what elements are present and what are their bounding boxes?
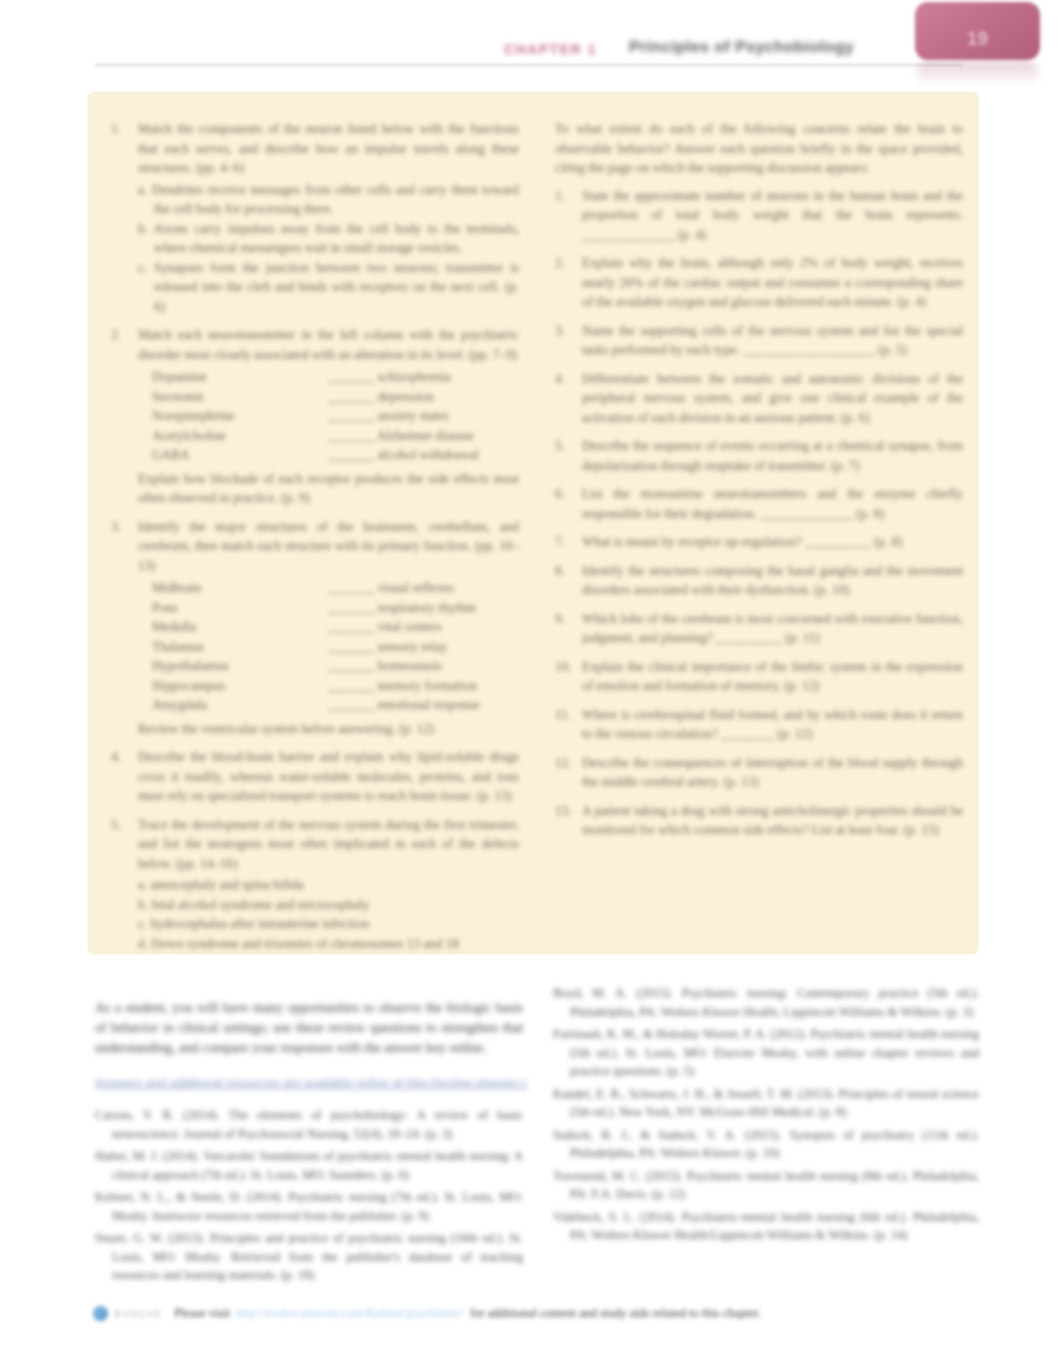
question-tail: Explain how blockade of each receptor pr…	[138, 469, 519, 508]
question-number: 1.	[111, 119, 138, 316]
question-text: Name the supporting cells of the nervous…	[582, 321, 963, 360]
question-subitems: a. anencephaly and spina bifida b. fetal…	[138, 875, 519, 954]
book-page: CHAPTER 1 Principles of Psychobiology 19…	[0, 0, 1062, 1362]
page-tab-reflection	[917, 61, 1038, 85]
match-blank: _______ alcohol withdrawal	[328, 445, 519, 465]
chapter-label: CHAPTER 1	[504, 41, 597, 57]
match-blank: _______ visual reflexes	[328, 578, 519, 598]
question-number: 4.	[555, 369, 582, 428]
question-number: 2.	[555, 253, 582, 312]
evolve-brand-label: evolve	[115, 1309, 162, 1319]
match-blank: _______ depression	[328, 387, 519, 407]
reference-entry: Videbeck, S. L. (2014). Psychiatric-ment…	[553, 1208, 979, 1245]
match-term: Medulla	[152, 617, 328, 637]
question-text: Describe the blood-brain barrier and exp…	[138, 749, 519, 803]
review-questions-panel: 1. Match the components of the neuron li…	[88, 92, 978, 954]
match-blank: _______ schizophrenia	[328, 367, 519, 387]
question-number: 3.	[555, 321, 582, 360]
matching-row: Medulla_______ vital centers	[152, 617, 519, 637]
match-term: Serotonin	[152, 387, 328, 407]
subitem: c. hydrocephalus after intrauterine infe…	[138, 914, 519, 934]
question-item: 8.Identify the structures composing the …	[555, 561, 963, 600]
match-term: Midbrain	[152, 578, 328, 598]
references-left-column: Carson, V. B. (2014). The elements of ps…	[95, 1106, 523, 1289]
subitem: a. Dendrites receive messages from other…	[138, 180, 519, 219]
page-number: 19	[915, 29, 1040, 51]
page-number-tab: 19	[915, 2, 1040, 60]
match-term: Pons	[152, 598, 328, 618]
question-item: 4.Differentiate between the somatic and …	[555, 369, 963, 428]
question-number: 2.	[111, 325, 138, 508]
header-rule	[95, 64, 963, 66]
matching-row: Midbrain_______ visual reflexes	[152, 578, 519, 598]
footer-evolve-link[interactable]: http://evolve.elsevier.com/Keltner/psych…	[236, 1306, 464, 1321]
match-term: Amygdala	[152, 695, 328, 715]
question-number: 10.	[555, 657, 582, 696]
references-right-column: Boyd, M. A. (2015). Psychiatric nursing:…	[553, 984, 979, 1249]
question-item: 9.Which lobe of the cerebrum is most con…	[555, 609, 963, 648]
reference-entry: Fortinash, K. M., & Holoday Worret, P. A…	[553, 1025, 979, 1081]
match-blank: _______ Alzheimer disease	[328, 426, 519, 446]
question-text: Where is cerebrospinal fluid formed, and…	[582, 705, 963, 744]
question-tail: Review the ventricular system before ans…	[138, 719, 519, 739]
match-blank: _______ sensory relay	[328, 637, 519, 657]
question-item: 6.List the monoamine neurotransmitters a…	[555, 484, 963, 523]
matching-table: Midbrain_______ visual reflexes Pons____…	[152, 578, 519, 715]
question-item: 10.Explain the clinical importance of th…	[555, 657, 963, 696]
match-term: Norepinephrine	[152, 406, 328, 426]
question-text: Match the components of the neuron liste…	[138, 121, 519, 175]
question-text: Match each neurotransmitter in the left …	[138, 327, 519, 362]
question-number: 13.	[555, 801, 582, 840]
subitem: e. phenylketonuria when dietary control …	[138, 953, 519, 954]
reference-entry: Townsend, M. C. (2015). Psychiatric ment…	[553, 1167, 979, 1204]
match-term: Hippocampus	[152, 676, 328, 696]
match-blank: _______ respiratory rhythm	[328, 598, 519, 618]
question-item: 5. Trace the development of the nervous …	[111, 815, 519, 955]
question-text: Describe the sequence of events occurrin…	[582, 436, 963, 475]
matching-row: Hypothalamus_______ homeostasis	[152, 656, 519, 676]
matching-row: Norepinephrine_______ anxiety states	[152, 406, 519, 426]
reference-entry: Halter, M. J. (2014). Varcarolis' founda…	[95, 1147, 523, 1184]
question-subitems: a. Dendrites receive messages from other…	[138, 180, 519, 317]
page-footer: evolve Please visit http://evolve.elsevi…	[93, 1306, 973, 1321]
subitem: c. Synapses form the junction between tw…	[138, 258, 519, 317]
review-right-column: To what extent do each of the following …	[555, 119, 963, 929]
chapter-title: Principles of Psychobiology	[629, 39, 854, 57]
question-text: A patient taking a drug with strong anti…	[582, 801, 963, 840]
match-term: Hypothalamus	[152, 656, 328, 676]
reference-entry: Keltner, N. L., & Steele, D. (2014). Psy…	[95, 1188, 523, 1225]
question-item: 1. Match the components of the neuron li…	[111, 119, 519, 316]
matching-table: Dopamine_______ schizophrenia Serotonin_…	[152, 367, 519, 465]
matching-row: Thalamus_______ sensory relay	[152, 637, 519, 657]
match-blank: _______ vital centers	[328, 617, 519, 637]
question-text: Describe the consequences of interruptio…	[582, 753, 963, 792]
match-term: Thalamus	[152, 637, 328, 657]
review-left-column: 1. Match the components of the neuron li…	[111, 119, 519, 929]
subitem: b. fetal alcohol syndrome and microcepha…	[138, 895, 519, 915]
question-item: 13.A patient taking a drug with strong a…	[555, 801, 963, 840]
reference-entry: Carson, V. B. (2014). The elements of ps…	[95, 1106, 523, 1143]
question-text: Differentiate between the somatic and au…	[582, 369, 963, 428]
reference-entry: Sadock, B. J., & Sadock, V. A. (2015). S…	[553, 1126, 979, 1163]
footer-text-pre: Please visit	[174, 1306, 230, 1321]
question-item: 2.Explain why the brain, although only 2…	[555, 253, 963, 312]
question-text: Explain the clinical importance of the l…	[582, 657, 963, 696]
question-item: 3. Identify the major structures of the …	[111, 517, 519, 739]
matching-row: Pons_______ respiratory rhythm	[152, 598, 519, 618]
matching-row: Hippocampus_______ memory formation	[152, 676, 519, 696]
match-term: Acetylcholine	[152, 426, 328, 446]
question-number: 5.	[555, 436, 582, 475]
matching-row: GABA_______ alcohol withdrawal	[152, 445, 519, 465]
question-item: 2. Match each neurotransmitter in the le…	[111, 325, 519, 508]
footer-text-post: for additional content and study aids re…	[470, 1306, 761, 1321]
evolve-icon	[93, 1306, 108, 1321]
subitem: b. Axons carry impulses away from the ce…	[138, 219, 519, 258]
question-text: Explain why the brain, although only 2% …	[582, 253, 963, 312]
question-number: 4.	[111, 747, 138, 806]
match-blank: _______ homeostasis	[328, 656, 519, 676]
match-blank: _______ emotional response	[328, 695, 519, 715]
question-number: 8.	[555, 561, 582, 600]
question-text: List the monoamine neurotransmitters and…	[582, 484, 963, 523]
evolve-resources-link[interactable]: Answers and additional resources are ava…	[95, 1076, 527, 1091]
review-right-intro: To what extent do each of the following …	[555, 119, 963, 178]
question-number: 11.	[555, 705, 582, 744]
question-number: 7.	[555, 532, 582, 552]
question-text: Trace the development of the nervous sys…	[138, 817, 519, 871]
matching-row: Acetylcholine_______ Alzheimer disease	[152, 426, 519, 446]
question-item: 4. Describe the blood-brain barrier and …	[111, 747, 519, 806]
reference-entry: Boyd, M. A. (2015). Psychiatric nursing:…	[553, 984, 979, 1021]
question-number: 5.	[111, 815, 138, 955]
matching-row: Serotonin_______ depression	[152, 387, 519, 407]
matching-row: Amygdala_______ emotional response	[152, 695, 519, 715]
question-number: 1.	[555, 186, 582, 245]
match-term: Dopamine	[152, 367, 328, 387]
question-item: 1.State the approximate number of neuron…	[555, 186, 963, 245]
question-item: 12.Describe the consequences of interrup…	[555, 753, 963, 792]
reference-entry: Kandel, E. R., Schwartz, J. H., & Jessel…	[553, 1085, 979, 1122]
match-blank: _______ memory formation	[328, 676, 519, 696]
subitem: d. Down syndrome and trisomies of chromo…	[138, 934, 519, 954]
question-text: Identify the structures composing the ba…	[582, 561, 963, 600]
matching-row: Dopamine_______ schizophrenia	[152, 367, 519, 387]
match-term: GABA	[152, 445, 328, 465]
closing-paragraph: As a student, you will have many opportu…	[95, 998, 523, 1058]
match-blank: _______ anxiety states	[328, 406, 519, 426]
question-item: 3.Name the supporting cells of the nervo…	[555, 321, 963, 360]
question-text: Identify the major structures of the bra…	[138, 519, 519, 573]
question-item: 5.Describe the sequence of events occurr…	[555, 436, 963, 475]
question-text: What is meant by receptor up-regulation?…	[582, 532, 963, 552]
question-number: 9.	[555, 609, 582, 648]
question-text: State the approximate number of neurons …	[582, 186, 963, 245]
question-text: Which lobe of the cerebrum is most conce…	[582, 609, 963, 648]
reference-entry: Stuart, G. W. (2013). Principles and pra…	[95, 1229, 523, 1285]
subitem: a. anencephaly and spina bifida	[138, 875, 519, 895]
question-number: 3.	[111, 517, 138, 739]
question-item: 7.What is meant by receptor up-regulatio…	[555, 532, 963, 552]
question-item: 11.Where is cerebrospinal fluid formed, …	[555, 705, 963, 744]
question-number: 12.	[555, 753, 582, 792]
question-number: 6.	[555, 484, 582, 523]
